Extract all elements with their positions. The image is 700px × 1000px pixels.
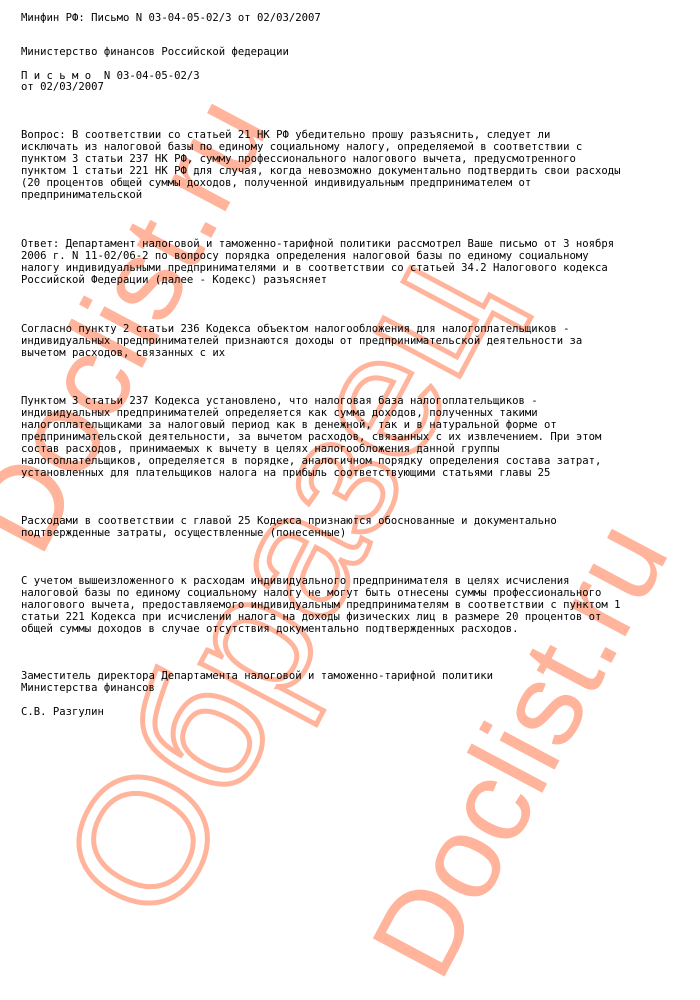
ministry-name: Министерство финансов Российской федерац… [21, 47, 289, 58]
signature-name: С.В. Разгулин [21, 707, 104, 718]
paragraph-line: установленных для плательщиков налога на… [21, 468, 550, 479]
answer-line: 2006 г. N 11-02/06-2 по вопросу порядка … [21, 251, 589, 262]
paragraph-line: Пунктом 3 статьи 237 Кодекса установлено… [21, 396, 538, 407]
question-line: (20 процентов общей суммы доходов, получ… [21, 178, 531, 189]
paragraph-line: общей суммы доходов в случае отсутствия … [21, 624, 518, 635]
document-header-title: Минфин РФ: Письмо N 03-04-05-02/3 от 02/… [21, 13, 321, 24]
document-body: Минфин РФ: Письмо N 03-04-05-02/3 от 02/… [21, 0, 691, 792]
paragraph-line: предпринимательской деятельности, за выч… [21, 432, 601, 443]
question-line: пунктом 3 статьи 237 НК РФ, сумму профес… [21, 154, 576, 165]
question-line: пунктом 1 статьи 221 НК РФ для случая, к… [21, 166, 621, 177]
question-line: предпринимательской [21, 190, 142, 201]
paragraph-line: налоговой базы по единому социальному на… [21, 588, 601, 599]
paragraph-line: индивидуальных предпринимателей определя… [21, 408, 538, 419]
question-line: Вопрос: В соответствии со статьей 21 НК … [21, 130, 550, 141]
paragraph-line: статьи 221 Кодекса при исчислении налога… [21, 612, 601, 623]
paragraph-line: налогового вычета, предоставляемого инди… [21, 600, 621, 611]
paragraph-line: состав расходов, принимаемых к вычету в … [21, 444, 499, 455]
signature-position: Заместитель директора Департамента налог… [21, 671, 493, 682]
paragraph-line: Расходами в соответствии с главой 25 Код… [21, 516, 557, 527]
paragraph-1: Согласно пункту 2 статьи 236 Кодекса объ… [21, 319, 691, 374]
answer-line: Ответ: Департамент налоговой и таможенно… [21, 239, 614, 250]
signature-block: Заместитель директора Департамента налог… [21, 726, 691, 781]
answer-line: налогу индивидуальными предпринимателями… [21, 263, 608, 274]
signature-position: Министерства финансов [21, 683, 155, 694]
answer-line: Российской Федерации (далее - Кодекс) ра… [21, 275, 327, 286]
paragraph-2: Пунктом 3 статьи 237 Кодекса установлено… [21, 407, 691, 506]
paragraph-line: налогоплательщиками за налоговый период … [21, 420, 557, 431]
answer-section: Ответ: Департамент налоговой и таможенно… [21, 220, 691, 286]
letter-date: от 02/03/2007 [21, 82, 104, 93]
question-line: исключать из налоговой базы по единому с… [21, 142, 582, 153]
paragraph-line: подтвержденные затраты, осуществленные (… [21, 528, 346, 539]
paragraph-line: вычетом расходов, связанных с их [21, 348, 225, 359]
paragraph-line: С учетом вышеизложенного к расходам инди… [21, 576, 570, 587]
paragraph-line: налогоплательщиков, определяется в поряд… [21, 456, 601, 467]
paragraph-line: Согласно пункту 2 статьи 236 Кодекса объ… [21, 324, 570, 335]
question-section: Вопрос: В соответствии со статьей 21 НК … [21, 99, 691, 187]
paragraph-line: индивидуальных предпринимателей признают… [21, 336, 582, 347]
